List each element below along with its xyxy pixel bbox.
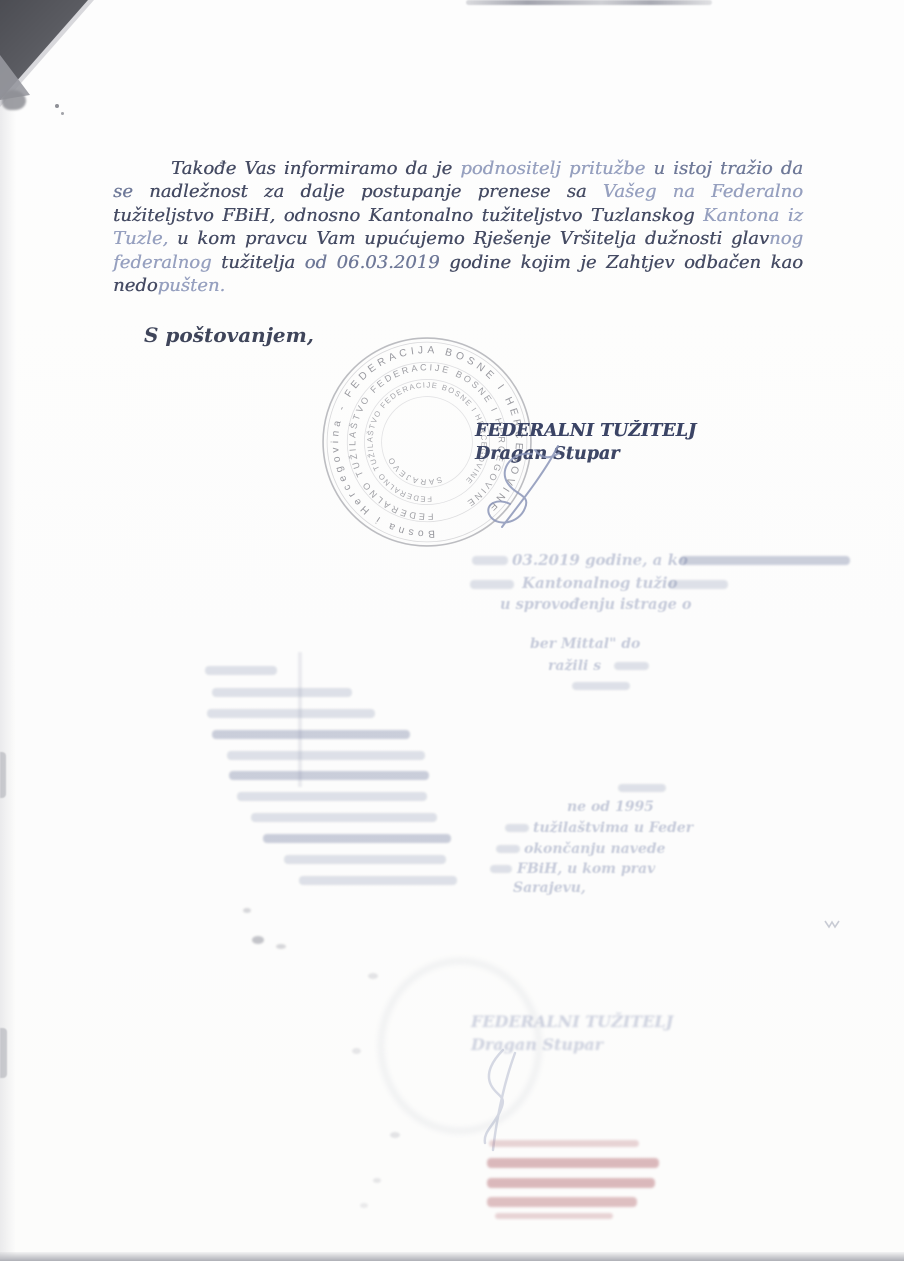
bleed-artifact [614, 662, 649, 670]
bleed-footer-line [495, 1213, 613, 1219]
scan-speck [390, 1132, 400, 1138]
bleed-footer-line [487, 1197, 637, 1207]
letter-body-paragraph: Takođe Vas informiramo da je podnositelj… [113, 157, 803, 297]
bleed-fragment: okončanju navede [524, 841, 665, 857]
bleed-fragment: Sarajevu, [513, 880, 586, 896]
bleed-artifact [298, 652, 302, 787]
bleed-artifact [472, 556, 508, 565]
scan-speck [352, 1048, 361, 1054]
bleed-artifact [680, 556, 850, 565]
bleed-artifact [668, 580, 728, 589]
bleed-fragment: 03.2019 godine, a ko [512, 551, 688, 569]
bleed-artifact [207, 709, 375, 718]
bleed-fragment: tužilaštvima u Feder [533, 820, 693, 836]
bleed-artifact [470, 580, 514, 589]
body-text-segment: Takođe Vas informiramo da je [171, 158, 460, 179]
body-text-segment: nadležnost za dalje postupanje prenese s… [149, 181, 603, 202]
cut-off-header-text-artifact [466, 0, 712, 5]
scan-edge-artifact [0, 1028, 7, 1078]
scan-speck [55, 104, 59, 108]
handwritten-signature [455, 438, 585, 538]
scan-speck [61, 112, 64, 115]
corner-fold-blob [2, 90, 26, 110]
scan-speck [243, 908, 251, 913]
bleed-fragment: FBiH, u kom prav [517, 861, 655, 877]
scan-speck [276, 944, 286, 949]
body-text-segment: podnositelj pritužbe [460, 158, 653, 179]
body-text-segment: tužitelja [221, 252, 305, 273]
body-text-segment: Vašeg na Federalno [603, 181, 803, 202]
body-text-segment: tužiteljstvo FBiH, odnosno Kantonalno tu… [113, 205, 703, 226]
bleed-artifact [237, 792, 427, 801]
bleed-artifact [299, 876, 457, 885]
scan-bottom-edge [0, 1252, 904, 1261]
bleed-artifact [505, 824, 529, 832]
scan-speck [368, 973, 378, 979]
body-text-segment: u kom pravcu Vam upućujemo Rješenje Vrši… [177, 228, 769, 249]
bleed-artifact [263, 834, 451, 843]
bleed-fragment: ne od 1995 [567, 799, 654, 815]
bleed-artifact [284, 855, 446, 864]
bleed-footer-line [489, 1140, 639, 1147]
bleed-fragment: ber Mittal" do [530, 636, 640, 652]
bleed-signer-title: FEDERALNI TUŽITELJ [471, 1010, 673, 1033]
bleed-artifact [490, 865, 512, 873]
body-text-segment: pušten. [158, 275, 226, 296]
bleed-artifact [572, 682, 630, 690]
bleed-artifact [212, 688, 352, 697]
bleed-fragment: u sprovođenju istrage o [500, 596, 692, 613]
scan-speck [373, 1178, 381, 1183]
salutation: S poštovanjem, [144, 323, 314, 347]
bleed-artifact [251, 813, 437, 822]
bleed-fragment: ražili s [548, 658, 601, 674]
scanned-letter-page: Takođe Vas informiramo da je podnositelj… [0, 0, 904, 1261]
bleed-footer-line [487, 1178, 655, 1188]
bleed-artifact [227, 751, 425, 760]
bleed-artifact [229, 771, 429, 780]
bleed-fragment: Kantonalnog tužio [522, 574, 678, 592]
bleed-footer-line [487, 1158, 659, 1168]
scan-speck [252, 936, 264, 944]
bleed-artifact [212, 730, 410, 739]
margin-check-mark [824, 918, 840, 930]
scan-edge-artifact [0, 752, 6, 798]
body-text-segment: od 06.03.2019 [305, 252, 450, 273]
bleed-artifact [618, 784, 666, 792]
bleed-artifact [205, 666, 277, 675]
bleed-signature-ghost [455, 1045, 545, 1155]
scan-speck [360, 1203, 368, 1208]
bleed-artifact [496, 845, 520, 853]
